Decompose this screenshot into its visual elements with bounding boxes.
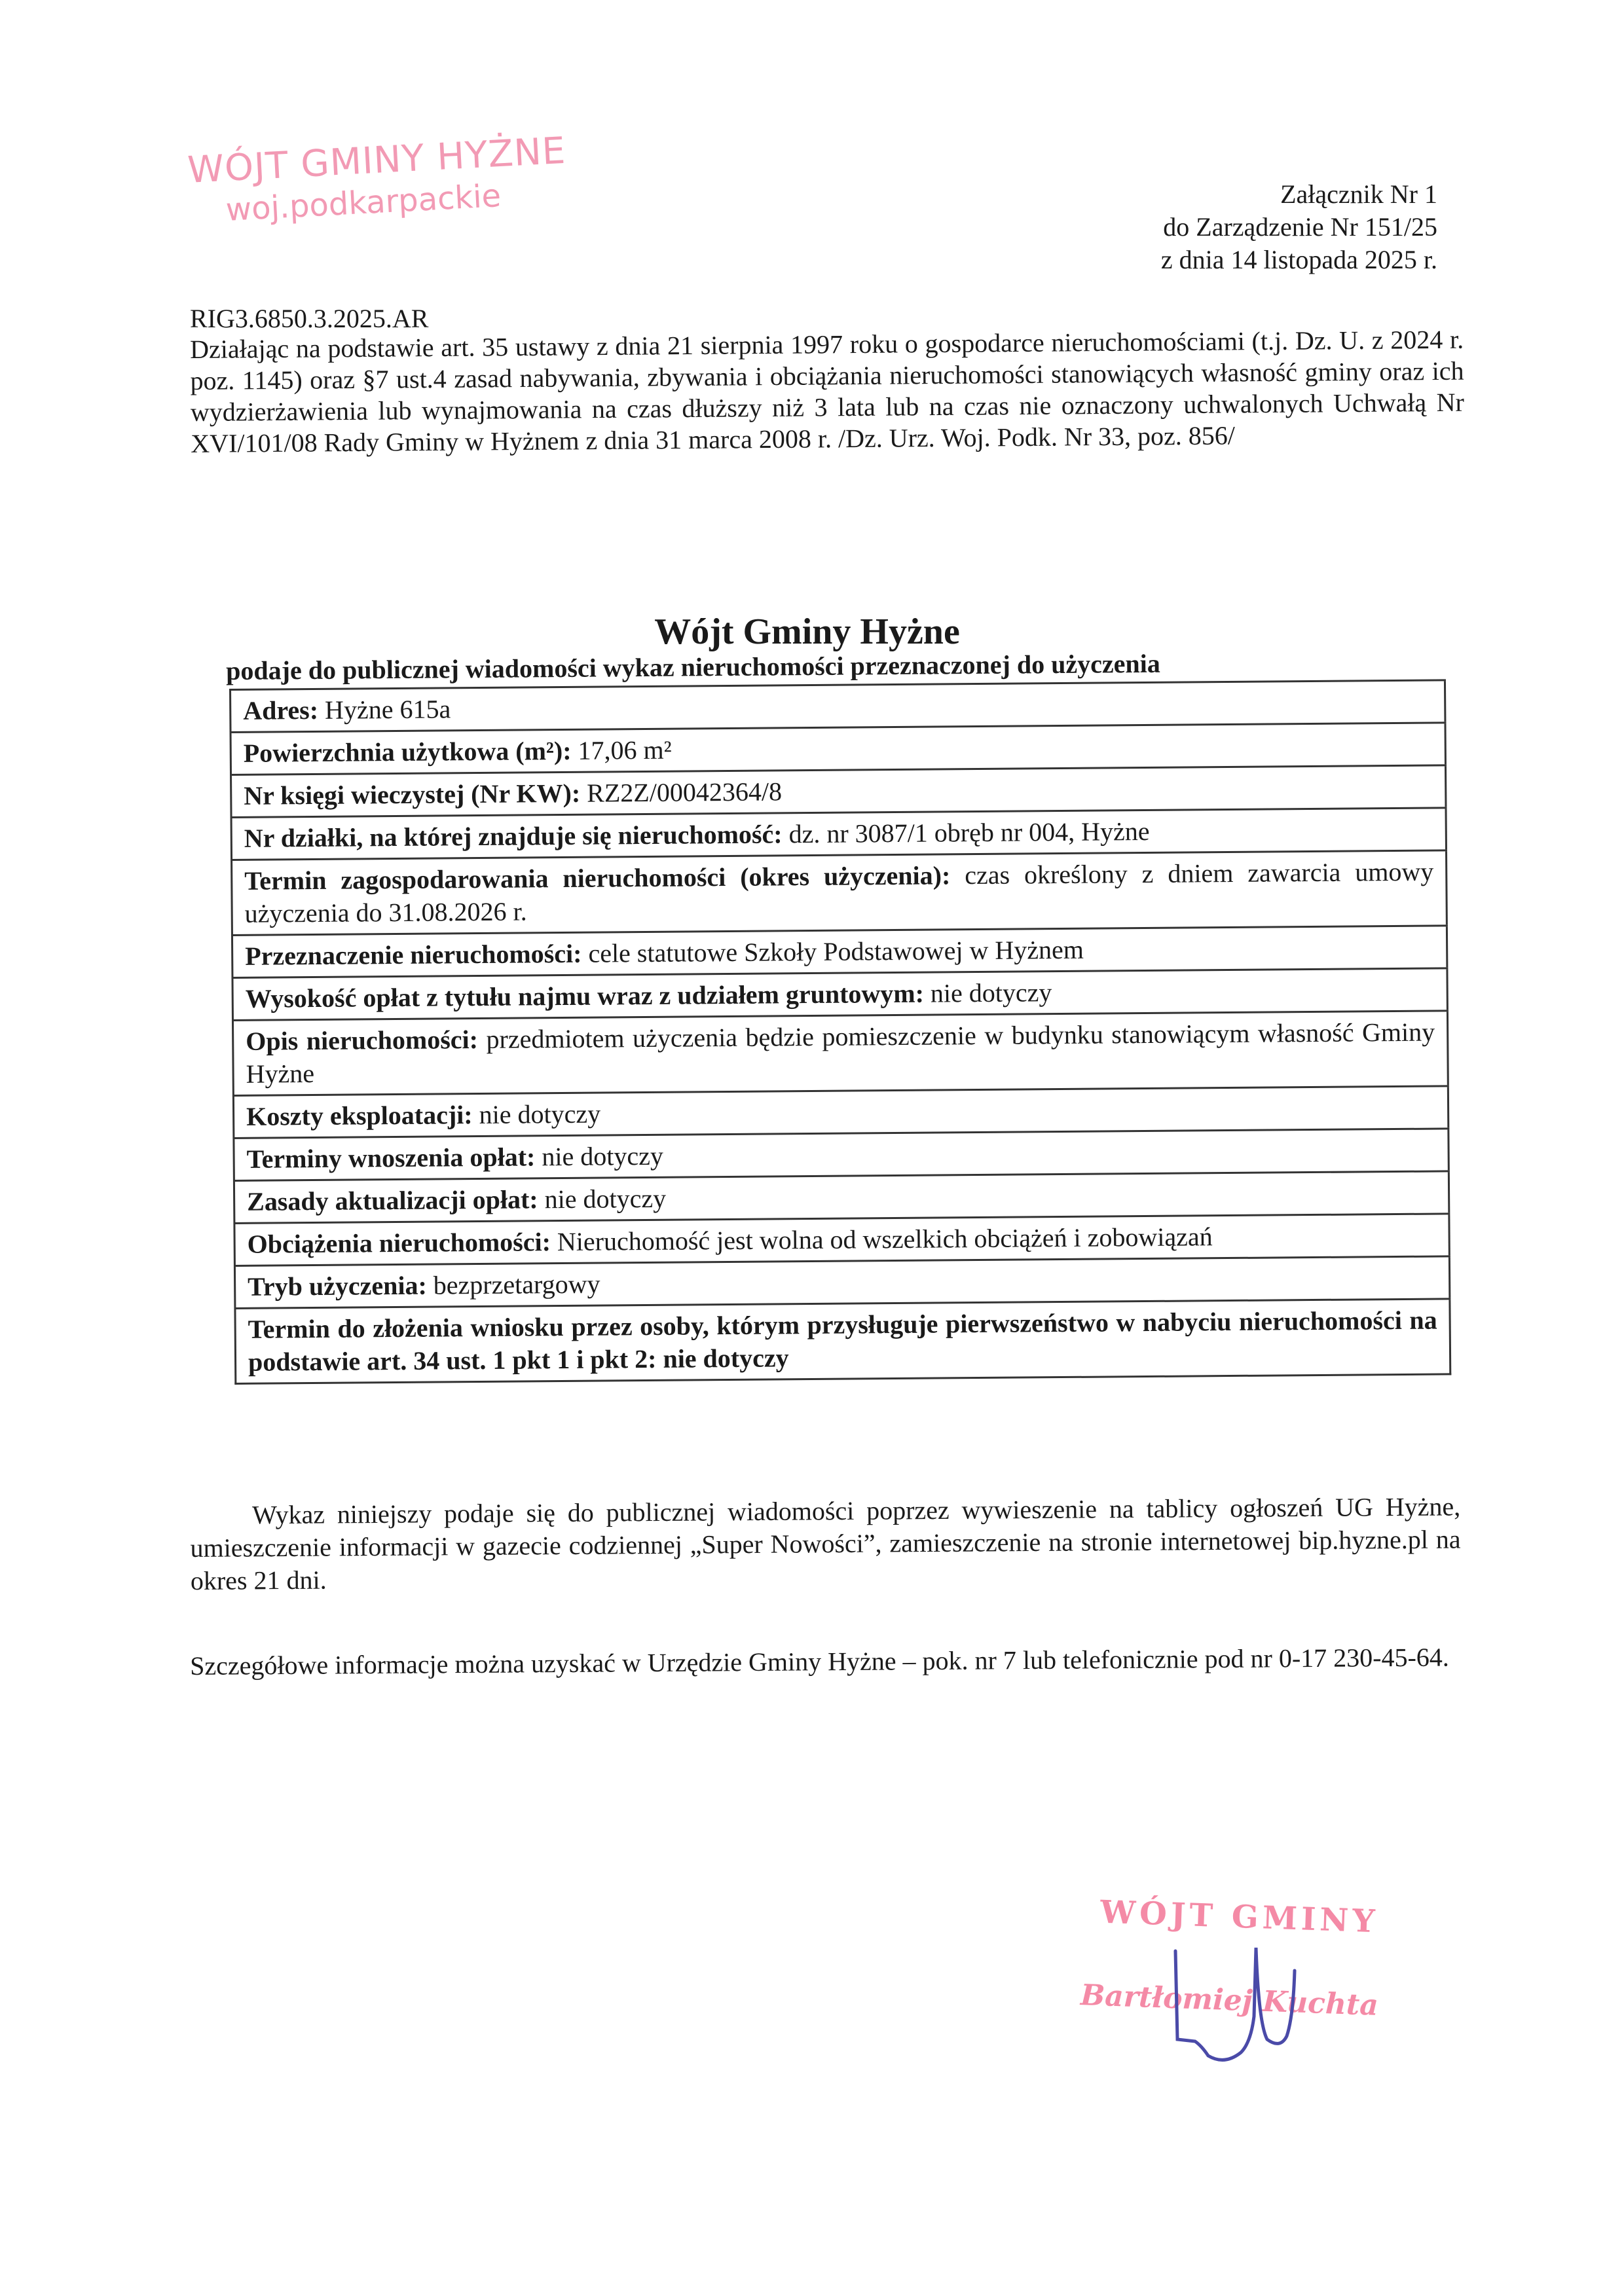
row-label: Nr działki, na której znajduje się nieru… xyxy=(244,819,783,852)
row-label: Zasady aktualizacji opłat: xyxy=(247,1184,538,1216)
row-label: Koszty eksploatacji: xyxy=(246,1100,473,1131)
row-label: Termin zagospodarowania nieruchomości (o… xyxy=(244,860,950,895)
table-cell: Termin zagospodarowania nieruchomości (o… xyxy=(232,850,1447,936)
row-label: Nr księgi wieczystej (Nr KW): xyxy=(244,778,580,811)
reference-number: RIG3.6850.3.2025.AR xyxy=(190,302,428,335)
row-value: nie dotyczy xyxy=(535,1141,663,1172)
signature-block: WÓJT GMINY Bartłomiej Kuchta xyxy=(1061,1886,1428,2062)
document-title: Wójt Gminy Hyżne xyxy=(0,609,1624,655)
intro-paragraph: Działając na podstawie art. 35 ustawy z … xyxy=(190,324,1464,460)
row-label: Tryb użyczenia: xyxy=(248,1271,427,1302)
annex-header: Załącznik Nr 1 do Zarządzenie Nr 151/25 … xyxy=(1161,178,1437,276)
row-value: nie dotyczy xyxy=(538,1184,666,1214)
table-row: Termin do złożenia wniosku przez osoby, … xyxy=(235,1299,1450,1384)
row-value: nie dotyczy xyxy=(924,977,1052,1008)
row-value: RZ2Z/00042364/8 xyxy=(580,776,782,807)
row-value: Nieruchomość jest wolna od wszelkich obc… xyxy=(551,1222,1213,1256)
annex-ordinance: do Zarządzenie Nr 151/25 xyxy=(1161,211,1437,244)
row-value: bezprzetargowy xyxy=(427,1269,600,1300)
row-value: nie dotyczy xyxy=(656,1343,789,1374)
handwritten-signature-icon xyxy=(1061,1886,1428,2062)
property-table-container: Adres: Hyżne 615aPowierzchnia użytkowa (… xyxy=(229,679,1451,1385)
row-value: Hyżne 615a xyxy=(318,694,451,725)
contact-paragraph: Szczegółowe informacje można uzyskać w U… xyxy=(190,1641,1460,1683)
document-subtitle: podaje do publicznej wiadomości wykaz ni… xyxy=(226,647,1160,687)
row-label: Wysokość opłat z tytułu najmu wraz z udz… xyxy=(246,979,925,1013)
title-text: Wójt Gminy Hyżne xyxy=(654,609,960,655)
row-label: Terminy wnoszenia opłat: xyxy=(246,1142,535,1173)
table-row: Termin zagospodarowania nieruchomości (o… xyxy=(232,850,1447,936)
annex-date: z dnia 14 listopada 2025 r. xyxy=(1161,244,1437,276)
row-label: Adres: xyxy=(243,695,318,725)
row-label: Opis nieruchomości: xyxy=(246,1025,478,1056)
table-row: Opis nieruchomości: przedmiotem użyczeni… xyxy=(232,1011,1448,1096)
property-table: Adres: Hyżne 615aPowierzchnia użytkowa (… xyxy=(229,679,1451,1385)
office-stamp: WÓJT GMINY HYŻNE woj.podkarpackie xyxy=(187,130,569,232)
row-label: Powierzchnia użytkowa (m²): xyxy=(244,736,572,768)
row-label: Obciążenia nieruchomości: xyxy=(247,1227,551,1259)
document-page: WÓJT GMINY HYŻNE woj.podkarpackie Załącz… xyxy=(0,0,1624,2296)
row-label: Termin do złożenia wniosku przez osoby, … xyxy=(248,1305,1437,1377)
table-cell: Opis nieruchomości: przedmiotem użyczeni… xyxy=(232,1011,1448,1096)
row-label: Przeznaczenie nieruchomości: xyxy=(245,939,582,971)
row-value: cele statutowe Szkoły Podstawowej w Hyżn… xyxy=(581,935,1084,968)
row-value: dz. nr 3087/1 obręb nr 004, Hyżne xyxy=(782,816,1149,848)
table-cell: Termin do złożenia wniosku przez osoby, … xyxy=(235,1299,1450,1384)
publication-paragraph: Wykaz niniejszy podaje się do publicznej… xyxy=(190,1490,1461,1597)
row-value: 17,06 m² xyxy=(571,735,671,765)
annex-number: Załącznik Nr 1 xyxy=(1161,178,1437,211)
row-value: nie dotyczy xyxy=(472,1099,600,1130)
